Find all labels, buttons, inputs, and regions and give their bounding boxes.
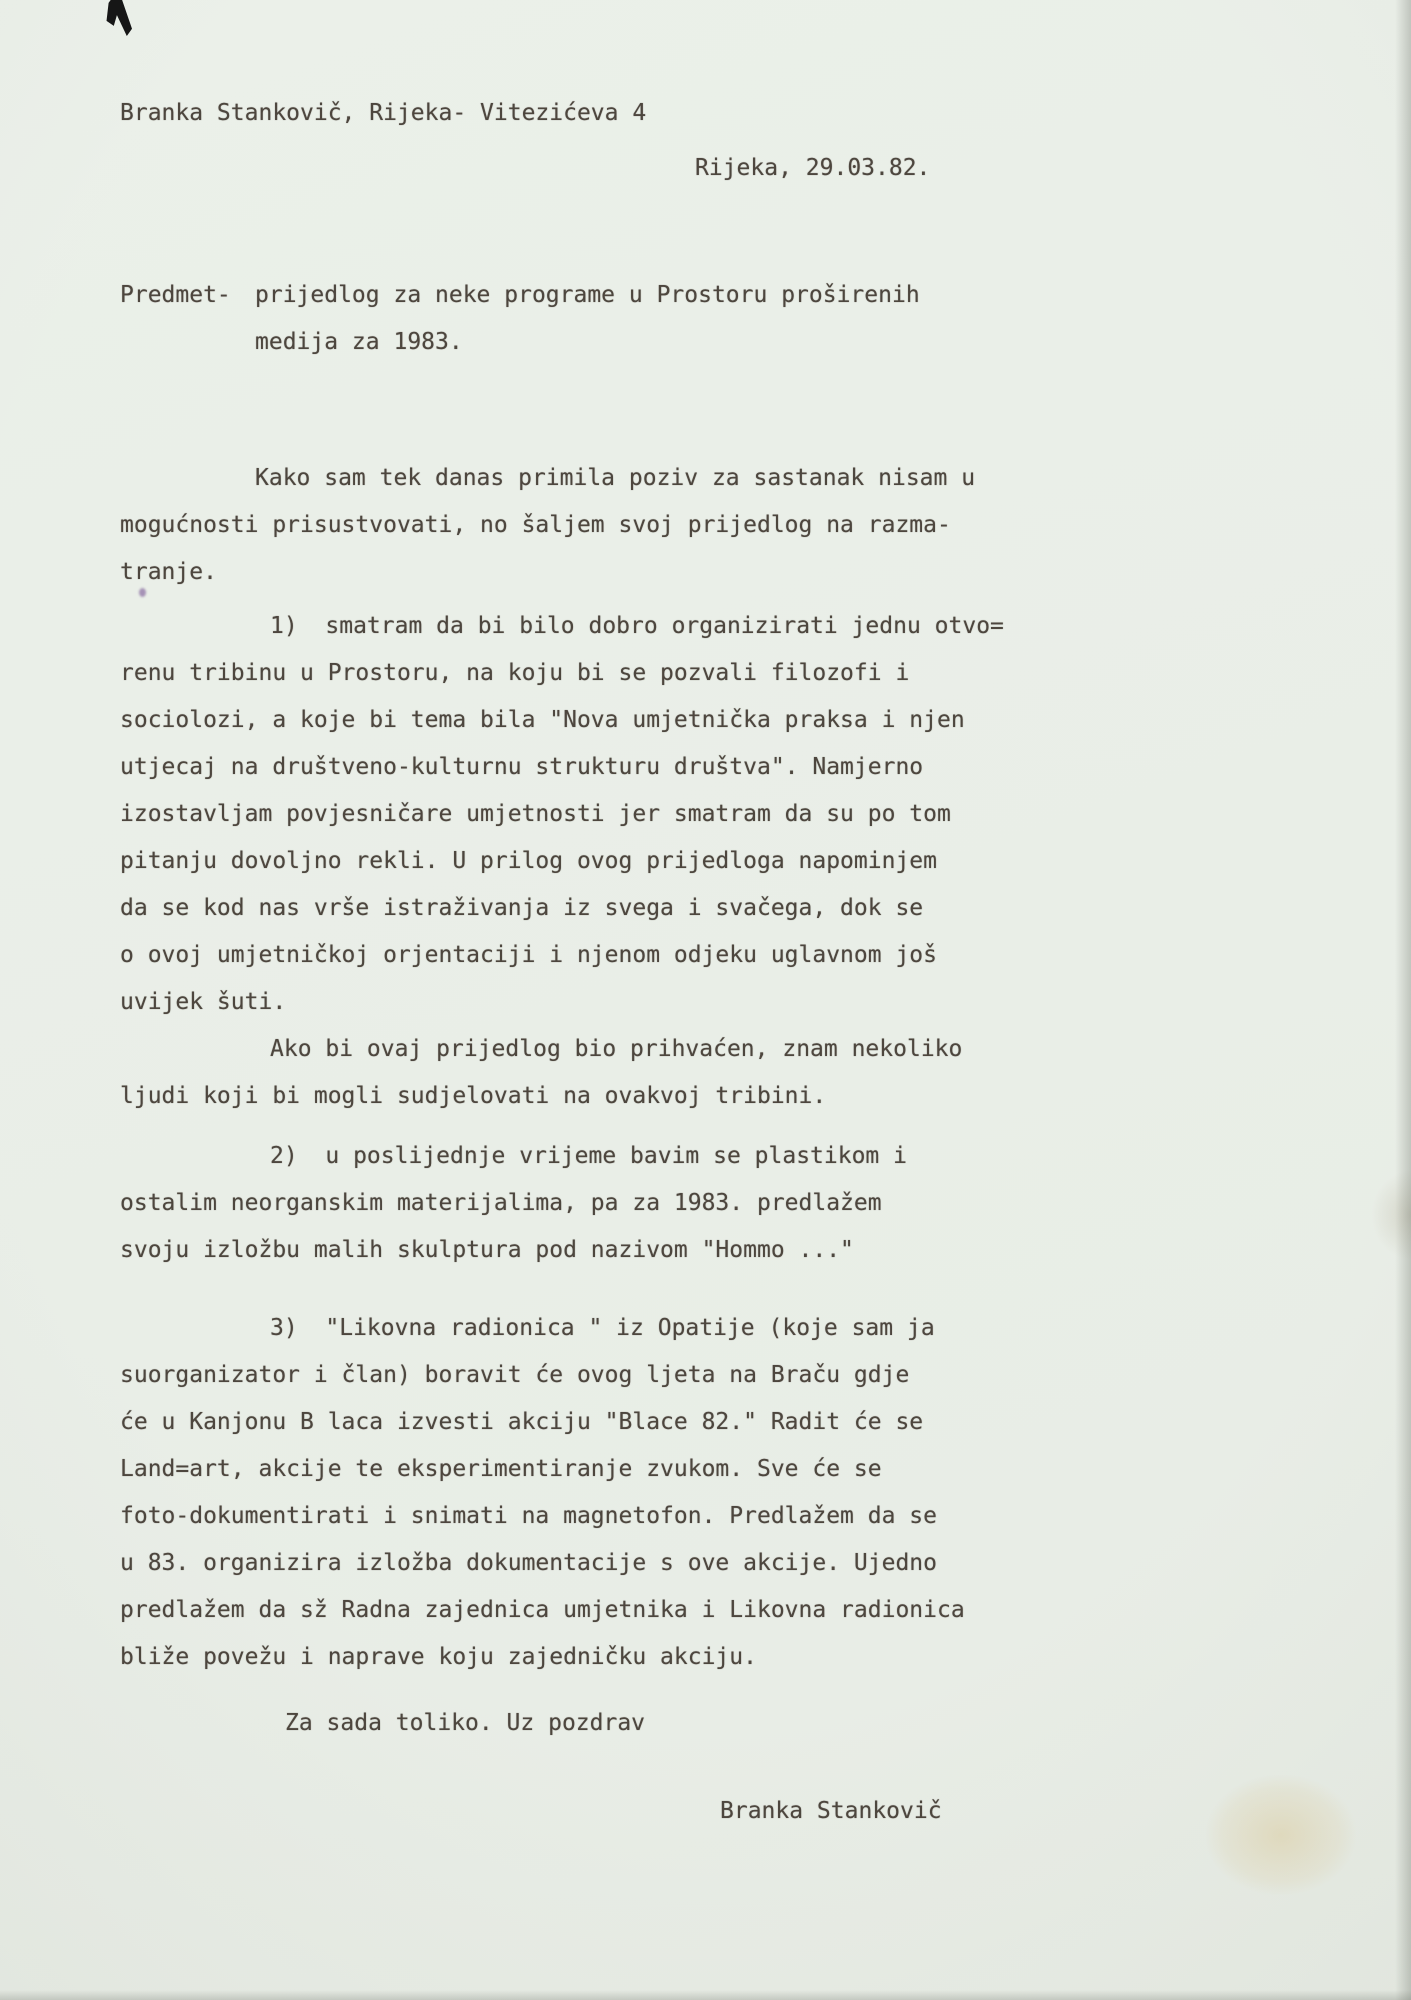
letter-line: predlažem da sž Radna zajednica umjetnik…	[120, 1587, 1370, 1634]
letter-line: u 83. organizira izložba dokumentacije s…	[120, 1540, 1370, 1587]
letter-line: 2) u poslijednje vrijeme bavim se plasti…	[120, 1133, 1370, 1180]
letter-line: renu tribinu u Prostoru, na koju bi se p…	[120, 650, 1370, 697]
paragraph-intro: Kako sam tek danas primila poziv za sast…	[120, 455, 1370, 596]
signature: Branka Stankovič	[720, 1798, 942, 1824]
letter-line: svoju izložbu malih skulptura pod nazivo…	[120, 1227, 1370, 1274]
letter-line: da se kod nas vrše istraživanja iz svega…	[120, 885, 1370, 932]
letter-line: sociolozi, a koje bi tema bila "Nova umj…	[120, 697, 1370, 744]
letter-line: ostalim neorganskim materijalima, pa za …	[120, 1180, 1370, 1227]
letter-line: 3) "Likovna radionica " iz Opatije (koje…	[120, 1305, 1370, 1352]
letter-line: izostavljam povjesničare umjetnosti jer …	[120, 791, 1370, 838]
letter-line: mogućnosti prisustvovati, no šaljem svoj…	[120, 502, 1370, 549]
letter-line: Kako sam tek danas primila poziv za sast…	[120, 455, 1370, 502]
letter-line: o ovoj umjetničkoj orjentaciji i njenom …	[120, 932, 1370, 979]
subject-line: prijedlog za neke programe u Prostoru pr…	[255, 272, 920, 319]
paper-stain	[1206, 1775, 1356, 1895]
subject-line: medija za 1983.	[120, 319, 920, 366]
paragraph-item-3: 3) "Likovna radionica " iz Opatije (koje…	[120, 1305, 1370, 1681]
scanned-letter-page: Branka Stankovič, Rijeka- Vitezićeva 4 R…	[0, 0, 1411, 2000]
letter-line: ljudi koji bi mogli sudjelovati na ovakv…	[120, 1073, 1370, 1120]
ink-mark-top-left	[106, 0, 132, 36]
letter-line: uvijek šuti.	[120, 979, 1370, 1026]
letter-line: utjecaj na društveno-kulturnu strukturu …	[120, 744, 1370, 791]
letter-body: Kako sam tek danas primila poziv za sast…	[120, 455, 1370, 1747]
letter-line: 1) smatram da bi bilo dobro organizirati…	[120, 603, 1370, 650]
closing-line: Za sada toliko. Uz pozdrav	[285, 1700, 1370, 1747]
letter-line: Ako bi ovaj prijedlog bio prihvaćen, zna…	[120, 1026, 1370, 1073]
letter-line: bliže povežu i naprave koju zajedničku a…	[120, 1634, 1370, 1681]
letter-line: Land=art, akcije te eksperimentiranje zv…	[120, 1446, 1370, 1493]
subject-block: Predmet- prijedlog za neke programe u Pr…	[120, 272, 920, 366]
letter-line: tranje.	[120, 549, 1370, 596]
letter-line: pitanju dovoljno rekli. U prilog ovog pr…	[120, 838, 1370, 885]
paragraph-item-2: 2) u poslijednje vrijeme bavim se plasti…	[120, 1133, 1370, 1274]
closing-line-wrap: Za sada toliko. Uz pozdrav	[120, 1700, 1370, 1747]
paragraph-followup: Ako bi ovaj prijedlog bio prihvaćen, zna…	[120, 1026, 1370, 1120]
paper-stain-edge	[1371, 1170, 1411, 1260]
letter-line: suorganizator i član) boravit će ovog lj…	[120, 1352, 1370, 1399]
paragraph-item-1: 1) smatram da bi bilo dobro organizirati…	[120, 603, 1370, 1026]
letter-line: će u Kanjonu B laca izvesti akciju "Blac…	[120, 1399, 1370, 1446]
scan-edge-bottom	[0, 1990, 1411, 2000]
date-line: Rijeka, 29.03.82.	[695, 155, 930, 181]
letter-line: foto-dokumentirati i snimati na magnetof…	[120, 1493, 1370, 1540]
scan-edge-right	[1395, 0, 1411, 2000]
sender-line: Branka Stankovič, Rijeka- Vitezićeva 4	[120, 100, 646, 126]
subject-label: Predmet-	[120, 272, 255, 319]
